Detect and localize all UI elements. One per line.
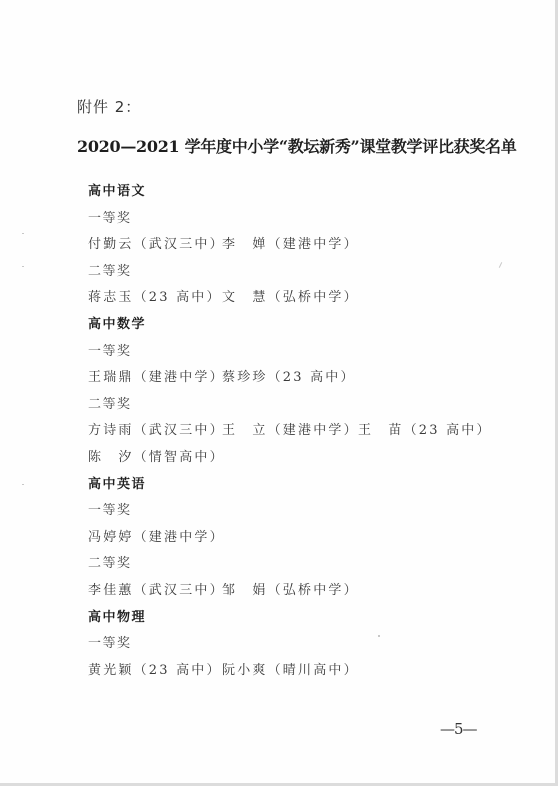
prize-level-second: 二等奖 [88, 262, 508, 289]
prize-level-first: 一等奖 [88, 501, 508, 528]
winner-entry: 阮小爽（晴川高中） [222, 661, 359, 681]
award-list: 高中语文 一等奖 付勤云（武汉三中） 李 婵（建港中学） 二等奖 蒋志玉（23 … [88, 182, 508, 687]
prize-level-first: 一等奖 [88, 342, 508, 369]
winner-entry: 付勤云（武汉三中） [88, 235, 225, 255]
prize-level-first: 一等奖 [88, 209, 508, 236]
subject-heading-physics: 高中物理 [88, 608, 508, 635]
scan-speck [22, 484, 24, 485]
prize-level-first: 一等奖 [88, 634, 508, 661]
winner-entry: 李 婵（建港中学） [222, 235, 359, 255]
subject-heading-chinese: 高中语文 [88, 182, 508, 209]
winner-entry: 陈 汐（情智高中） [88, 448, 225, 468]
winner-row: 陈 汐（情智高中） [88, 448, 508, 475]
winner-row: 王瑞鼎（建港中学） 蔡珍珍（23 高中） [88, 368, 508, 395]
winner-entry: 邹 娟（弘桥中学） [222, 581, 359, 601]
winner-entry: 黄光颖（23 高中） [88, 661, 222, 681]
winner-row: 蒋志玉（23 高中） 文 慧（弘桥中学） [88, 288, 508, 315]
winner-entry: 文 慧（弘桥中学） [222, 288, 359, 308]
winner-entry: 方诗雨（武汉三中） [88, 421, 225, 441]
subject-heading-english: 高中英语 [88, 475, 508, 502]
winner-entry: 蒋志玉（23 高中） [88, 288, 222, 308]
winner-entry: 王 立（建港中学） [222, 421, 359, 441]
winner-row: 黄光颖（23 高中） 阮小爽（晴川高中） [88, 661, 508, 688]
prize-level-second: 二等奖 [88, 395, 508, 422]
winner-row: 李佳蕙（武汉三中） 邹 娟（弘桥中学） [88, 581, 508, 608]
prize-level-second: 二等奖 [88, 554, 508, 581]
winner-entry: 王 苗（23 高中） [358, 421, 492, 441]
winner-entry: 蔡珍珍（23 高中） [222, 368, 356, 388]
winner-row: 冯婷婷（建港中学） [88, 528, 508, 555]
scan-speck [22, 266, 24, 267]
document-title: 2020—2021 学年度中小学“教坛新秀”课堂教学评比获奖名单 [77, 134, 497, 157]
page-number: —5— [440, 720, 477, 738]
scan-speck [22, 233, 24, 234]
winner-entry: 李佳蕙（武汉三中） [88, 581, 225, 601]
winner-row: 方诗雨（武汉三中） 王 立（建港中学） 王 苗（23 高中） [88, 421, 508, 448]
scan-speck [378, 635, 380, 637]
winner-row: 付勤云（武汉三中） 李 婵（建港中学） [88, 235, 508, 262]
attachment-label: 附件 2： [77, 96, 141, 117]
winner-entry: 王瑞鼎（建港中学） [88, 368, 225, 388]
winner-entry: 冯婷婷（建港中学） [88, 528, 225, 548]
subject-heading-math: 高中数学 [88, 315, 508, 342]
document-page: 附件 2： 2020—2021 学年度中小学“教坛新秀”课堂教学评比获奖名单 高… [0, 0, 558, 786]
